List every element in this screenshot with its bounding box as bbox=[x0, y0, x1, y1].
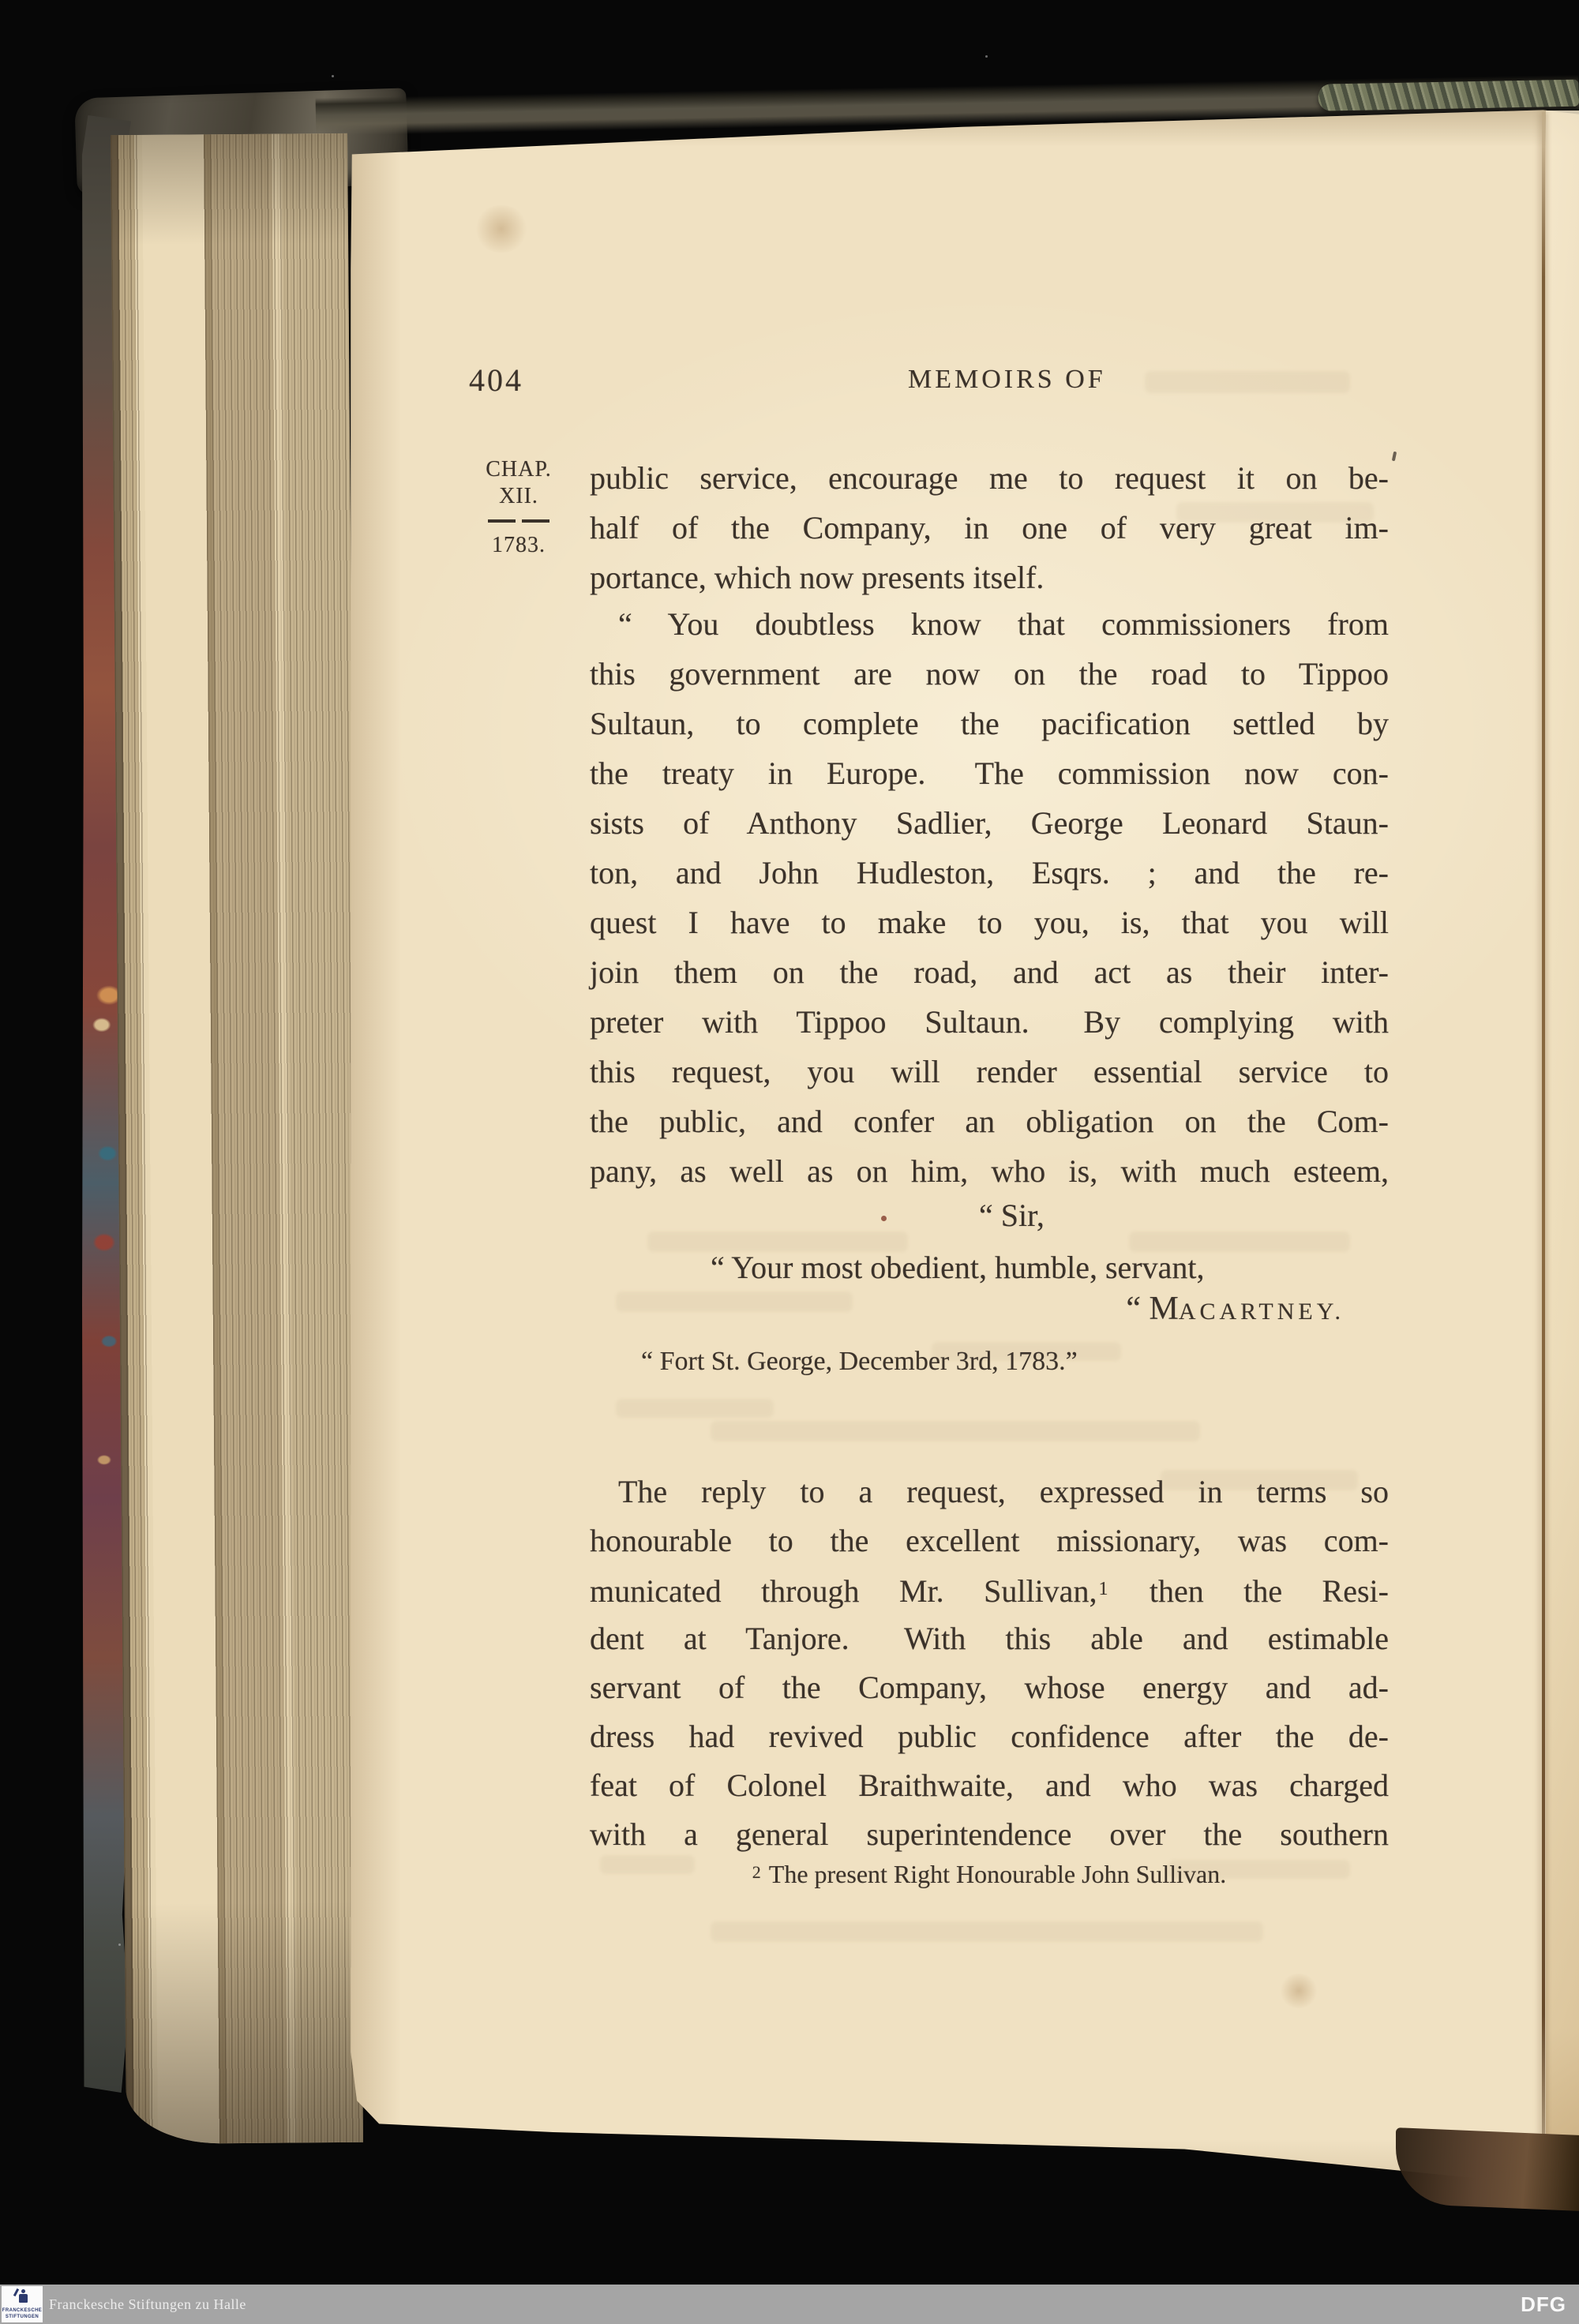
letter-valediction: “ Your most obedient, humble, servant, bbox=[711, 1249, 1205, 1286]
body-line: dress had revived public confidence afte… bbox=[590, 1711, 1389, 1761]
bleedthrough-smudge bbox=[711, 1921, 1263, 1942]
watermark-bar: FRANCKESCHE STIFTUNGEN Franckesche Stift… bbox=[0, 2285, 1579, 2324]
chapter-year: 1783. bbox=[467, 532, 570, 559]
ink-speck bbox=[881, 1216, 887, 1221]
signature-quote: “ bbox=[1126, 1291, 1149, 1327]
facing-page-sliver bbox=[1546, 111, 1579, 2195]
monument-head bbox=[21, 2289, 25, 2293]
footnote-text: The present Right Honourable John Sulliv… bbox=[769, 1860, 1226, 1888]
body-line: half of the Company, in one of very grea… bbox=[590, 503, 1389, 553]
body-line: this request, you will render essential … bbox=[590, 1047, 1389, 1096]
chapter-sidenote: CHAP. XII. 1783. bbox=[467, 456, 570, 559]
institution-logo: FRANCKESCHE STIFTUNGEN bbox=[2, 2286, 43, 2322]
body-line: the public, and confer an obligation on … bbox=[590, 1096, 1389, 1146]
bleedthrough-smudge bbox=[616, 1399, 774, 1418]
headband bbox=[1318, 80, 1579, 111]
page-number: 404 bbox=[469, 362, 523, 399]
body-line: this government are now on the road to T… bbox=[590, 649, 1389, 699]
letter-dateline: “ Fort St. George, December 3rd, 1783.” bbox=[641, 1347, 1078, 1377]
body-line: sists of Anthony Sadlier, George Leonard… bbox=[590, 798, 1389, 848]
body-line: portance, which now presents itself. bbox=[590, 553, 1389, 602]
body-line: dent at Tanjore. With this able and esti… bbox=[590, 1614, 1389, 1663]
body-line: quest I have to make to you, is, that yo… bbox=[590, 898, 1389, 947]
body-line: servant of the Company, whose energy and… bbox=[590, 1662, 1389, 1712]
foxing-spot bbox=[474, 205, 529, 253]
gutter-crease bbox=[1542, 112, 1545, 2180]
footnote-marker: 2 bbox=[752, 1862, 761, 1882]
bleedthrough-smudge bbox=[711, 1421, 1200, 1441]
running-header: MEMOIRS OF bbox=[908, 365, 1106, 395]
francke-monument-icon bbox=[14, 2289, 30, 2303]
body-line: public service, encourage me to request … bbox=[590, 453, 1389, 503]
monument-body bbox=[19, 2294, 28, 2303]
body-line: preter with Tippoo Sultaun. By complying… bbox=[590, 997, 1389, 1047]
body-line: feat of Colonel Braithwaite, and who was… bbox=[590, 1760, 1389, 1810]
signature-smallcaps: ACARTNEY. bbox=[1179, 1299, 1345, 1325]
body-line: pany, as well as on him, who is, with mu… bbox=[590, 1146, 1389, 1196]
chapter-label: CHAP. bbox=[467, 456, 570, 483]
page-edge-ribs bbox=[204, 133, 363, 2143]
body-line: The reply to a request, expressed in ter… bbox=[590, 1467, 1389, 1516]
footnote: 2The present Right Honourable John Sulli… bbox=[590, 1860, 1389, 1889]
bleedthrough-smudge bbox=[1145, 371, 1350, 393]
page-stack-edge bbox=[111, 133, 363, 2144]
institution-name: Franckesche Stiftungen zu Halle bbox=[49, 2285, 246, 2324]
letter-salutation: “ Sir, bbox=[979, 1197, 1045, 1234]
body-line-segment: then the Resi- bbox=[1109, 1573, 1389, 1609]
logo-text-line2: STIFTUNGEN bbox=[2, 2315, 43, 2319]
dust-speck bbox=[332, 75, 334, 77]
dust-speck bbox=[118, 1944, 121, 1946]
footnote-reference: 1 bbox=[1098, 1579, 1108, 1599]
body-line: with a general superintendence over the … bbox=[590, 1809, 1389, 1859]
body-line: “ You doubtless know that commissioners … bbox=[590, 599, 1389, 649]
body-line: ton, and John Hudleston, Esqrs. ; and th… bbox=[590, 848, 1389, 898]
body-line: Sultaun, to complete the pacification se… bbox=[590, 699, 1389, 748]
logo-text-line1: FRANCKESCHE bbox=[2, 2308, 43, 2313]
scanned-book-photo: 404 MEMOIRS OF CHAP. XII. 1783. public s… bbox=[0, 0, 1579, 2324]
body-line: honourable to the excellent missionary, … bbox=[590, 1516, 1389, 1565]
body-line: the treaty in Europe. The commission now… bbox=[590, 748, 1389, 798]
body-line: join them on the road, and act as their … bbox=[590, 947, 1389, 997]
signature-initial: M bbox=[1149, 1291, 1178, 1327]
letter-signature: “ MACARTNEY. bbox=[590, 1290, 1389, 1328]
sidenote-rule bbox=[488, 519, 549, 523]
dust-speck bbox=[985, 55, 988, 58]
dfg-logo: DFG bbox=[1521, 2285, 1566, 2324]
chapter-numeral: XII. bbox=[467, 483, 570, 510]
body-line-segment: municated through Mr. Sullivan, bbox=[590, 1573, 1097, 1609]
bottom-cover-edge bbox=[1396, 2127, 1579, 2211]
foxing-spot bbox=[1279, 1974, 1318, 2008]
body-line: municated through Mr. Sullivan,1 then th… bbox=[590, 1565, 1389, 1614]
